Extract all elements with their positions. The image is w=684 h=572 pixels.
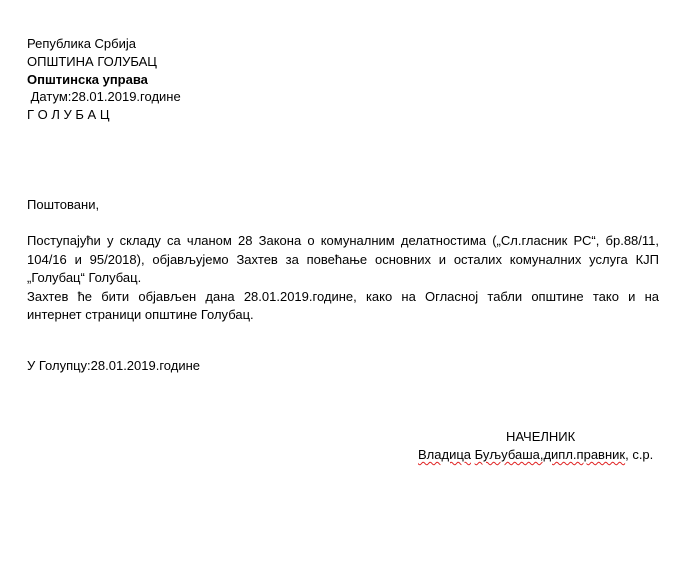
paragraph-2-line-2: интернет страници општине Голубац. — [27, 306, 659, 325]
municipality-label: ОПШТИНА ГОЛУБАЦ — [27, 53, 157, 71]
paragraph-1-line-2: 104/16 и 95/2018), објављујемо Захтев за… — [27, 251, 659, 270]
spellcheck-word-2: Буљубаша,дипл.правник — [475, 447, 625, 462]
spellcheck-word-1: Владица — [418, 447, 471, 462]
signature-suffix: , с.р. — [625, 447, 653, 462]
paragraph-2-line-1: Захтев ће бити објављен дана 28.01.2019.… — [27, 288, 659, 307]
town-label: Г О Л У Б А Ц — [27, 106, 109, 124]
date-label: Датум:28.01.2019.године — [27, 88, 181, 106]
signatory-name: Владица Буљубаша,дипл.правник, с.р. — [418, 446, 653, 464]
republic-label: Република Србија — [27, 35, 136, 53]
paragraph-1-line-3: „Голубац“ Голубац. — [27, 269, 659, 288]
administration-label: Општинска управа — [27, 71, 148, 89]
paragraph-1-line-1: Поступајући у складу са чланом 28 Закона… — [27, 232, 659, 251]
greeting: Поштовани, — [27, 196, 99, 214]
place-date: У Голупцу:28.01.2019.године — [27, 357, 200, 375]
signatory-title: НАЧЕЛНИК — [506, 428, 575, 446]
paragraph-1: Поступајући у складу са чланом 28 Закона… — [27, 232, 659, 325]
